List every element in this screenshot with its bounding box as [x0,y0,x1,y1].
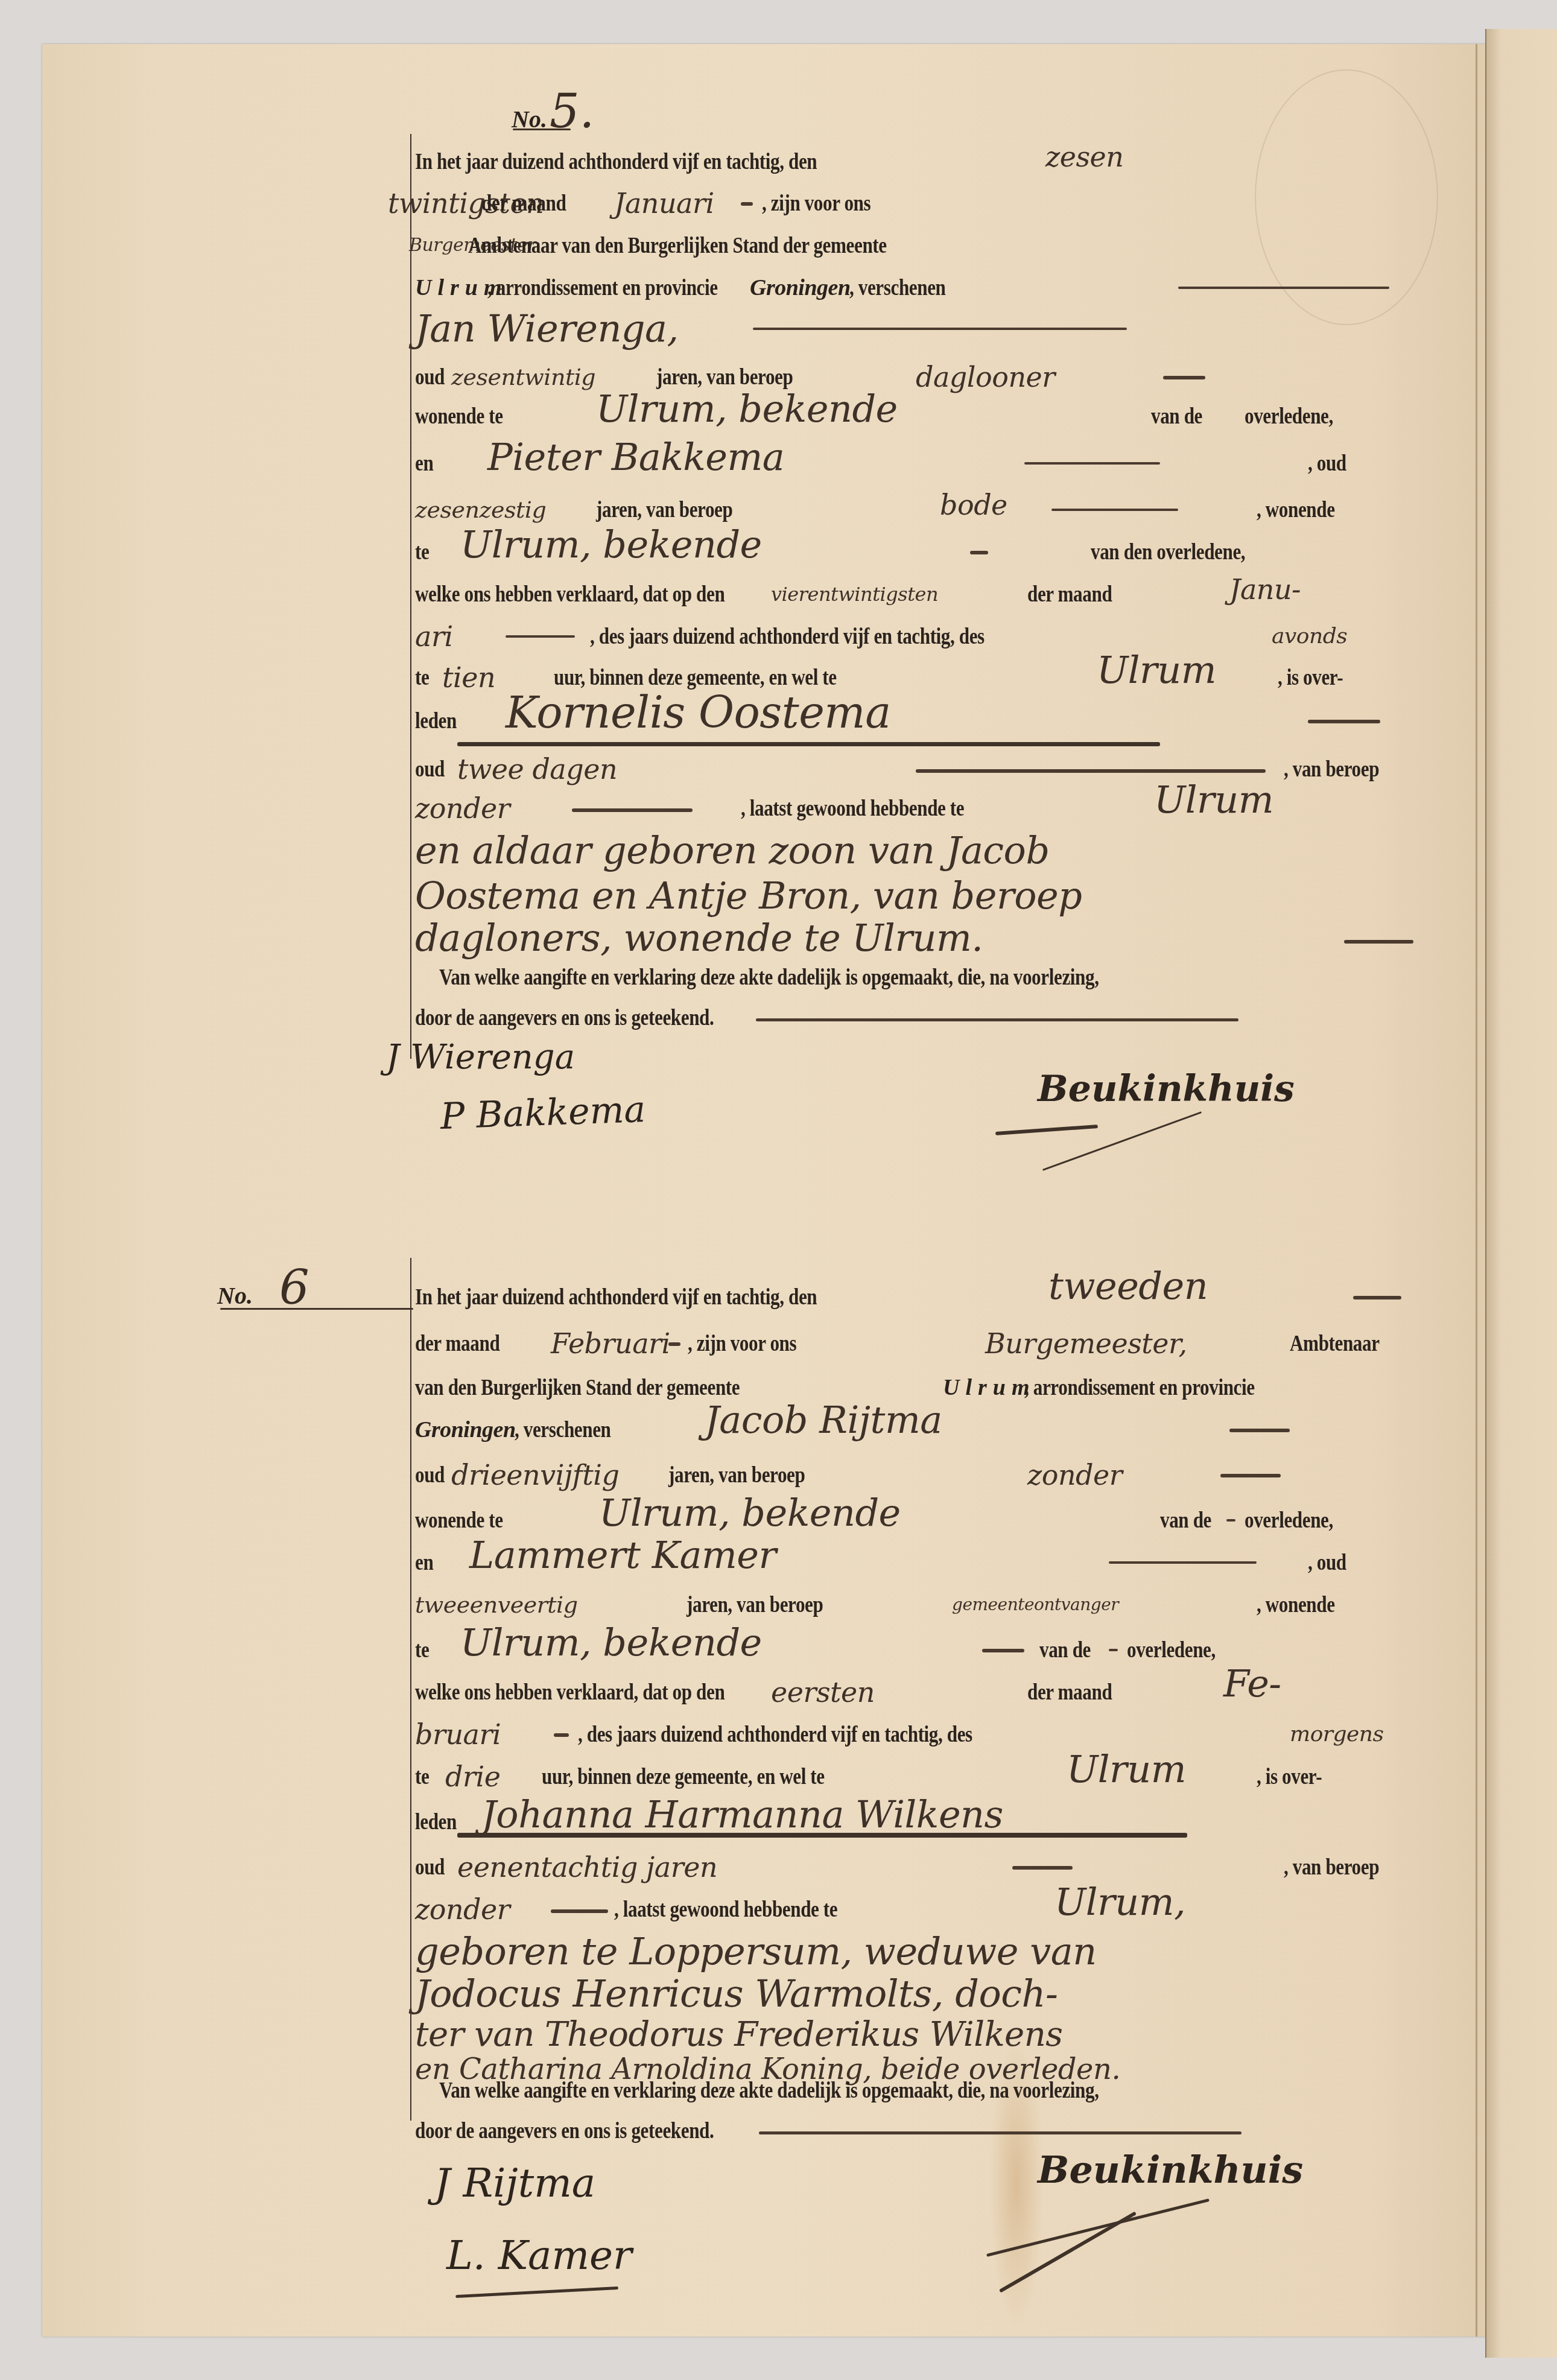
record-6-line-17: Jodocus Henricus Warmolts, doch- [415,1973,1410,2015]
record-5-line-10: te Ulrum, bekende van den overledene, [415,531,1410,573]
record-5-line-16: zonder , laatst gewoond hebbende te Ulru… [415,787,1410,830]
signature-witness-1: J Wierenga [386,1038,575,1077]
record-6-line-16: geboren te Loppersum, weduwe van [415,1931,1410,1973]
record-6-number: No. 6 [217,1261,309,1315]
municipality: Ulrum [943,1366,1035,1409]
deceased-name: Kornelis Oostema [506,691,891,734]
record-5-number: No. 5. [512,84,594,139]
record-5-line-7: wonende te Ulrum, bekende van de overled… [415,395,1410,437]
margin-rule-record-5 [410,134,411,1059]
record-5-line-2: twintigsten der maand Januari , zijn voo… [415,182,1410,224]
record-6-line-12: te drie uur, binnen deze gemeente, en we… [415,1756,1410,1798]
declarant-2-name: Lammert Kamer [469,1534,776,1576]
record-5-line-5: Jan Wierenga, [415,308,1410,350]
deceased-underline [457,1833,1187,1838]
record-6-line-21: door de aangevers en ons is geteekend. [415,2110,1410,2152]
record-6-line-20: Van welke aangifte en verklaring deze ak… [415,2069,1410,2112]
record-5-line-20: Van welke aangifte en verklaring deze ak… [415,956,1410,998]
record-5-line-21: door de aangevers en ons is geteekend. [415,997,1410,1039]
record-5-line-1: In het jaar duizend achthonderd vijf en … [415,141,1410,183]
deceased-name: Johanna Harmanna Wilkens [481,1794,1003,1836]
record-5-line-17: en aldaar geboren zoon van Jacob [415,830,1410,872]
province: Groningen [750,267,851,309]
record-6-line-11: bruari , des jaars duizend achthonderd v… [415,1713,1410,1756]
signature-official: Beukinkhuis [1038,1068,1295,1110]
declarant-1-name: Jan Wierenga, [415,308,679,350]
record-5-line-14: leden Kornelis Oostema [415,700,1410,742]
record-6-line-2: der maand Februari , zijn voor ons Burge… [415,1322,1410,1365]
number-underline [513,129,571,130]
signature-witness-2: L. Kamer [446,2232,632,2279]
record-6-line-5: oud drieenvijftig jaren, van beroep zond… [415,1454,1410,1496]
record-5-line-18: Oostema en Antje Bron, van beroep [415,875,1410,917]
deceased-underline [457,742,1160,746]
record-number: 6 [279,1261,309,1315]
declarant-2-name: Pieter Bakkema [487,436,784,478]
record-5-line-11: welke ons hebben verklaard, dat op den v… [415,573,1410,615]
record-6-line-7: en Lammert Kamer , oud [415,1541,1410,1584]
record-number: 5. [550,84,594,139]
record-5-line-12: ari , des jaars duizend achthonderd vijf… [415,615,1410,658]
province: Groningen [415,1409,516,1451]
signature-witness-1: J Rijtma [434,2160,595,2206]
signature-official: Beukinkhuis [1038,2148,1303,2192]
adjacent-page-edge [1485,29,1557,2358]
hw-day: zesen [1045,136,1123,178]
margin-rule-record-6 [410,1258,411,2121]
record-5-line-6: oud zesentwintig jaren, van beroep daglo… [415,356,1410,398]
record-6-line-10: welke ons hebben verklaard, dat op den e… [415,1671,1410,1713]
record-6-line-8: tweeenveertig jaren, van beroep gemeente… [415,1584,1410,1626]
number-underline [220,1308,413,1310]
record-5-line-19: dagloners, wonende te Ulrum. [415,917,1410,959]
hw-day: tweeden [1048,1265,1208,1307]
record-6-line-14: oud eenentachtig jaren , van beroep [415,1846,1410,1888]
record-5-line-3: Burgemeester Ambtenaar van den Burgerlij… [415,224,1410,267]
record-6-line-1: In het jaar duizend achthonderd vijf en … [415,1276,1410,1318]
no-label: No. [217,1282,253,1309]
declarant-1-name: Jacob Rijtma [705,1399,942,1441]
hw-month: Januari [614,182,714,224]
record-6-line-15: zonder , laatst gewoond hebbende te Ulru… [415,1888,1410,1931]
record-6-line-4: Groningen , verschenen Jacob Rijtma [415,1409,1410,1451]
hw-month: Februari [551,1322,670,1365]
signature-witness-2: P Bakkema [440,1088,646,1138]
record-5-line-4: Ulrum , arrondissement en provincie Gron… [415,267,1410,309]
binding-fold [1476,44,1477,2337]
record-5-line-8: en Pieter Bakkema , oud [415,442,1410,484]
